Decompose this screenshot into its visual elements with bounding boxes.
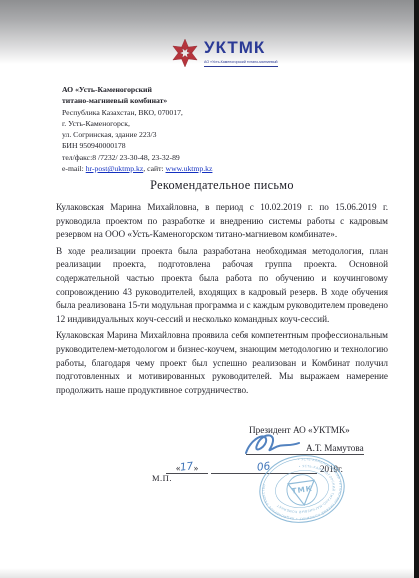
address-country: Республика Казахстан, ВКО, 070017, bbox=[62, 107, 212, 118]
scanned-letter-page: УКТМК АО «Усть-Каменогорский титано-магн… bbox=[0, 0, 419, 578]
address-contacts-line: e-mail: hr-post@uktmp.kz, сайт: www.uktm… bbox=[62, 163, 212, 174]
address-street: ул. Согринская, здание 223/3 bbox=[62, 129, 212, 140]
letter-body: Кулаковская Марина Михайловна, в период … bbox=[56, 201, 388, 400]
website-link: www.uktmp.kz bbox=[166, 164, 213, 173]
handwritten-day: 17 bbox=[180, 460, 195, 474]
logo-brand-text: УКТМК bbox=[204, 37, 278, 59]
address-phone: тел/факс:8 /7232/ 23-30-48, 23-32-89 bbox=[62, 152, 212, 163]
org-name-line1: АО «Усть-Каменогорский bbox=[62, 84, 212, 95]
paragraph-2: В ходе реализации проекта была разработа… bbox=[56, 245, 388, 327]
org-name-line2: титано-магниевый комбинат» bbox=[62, 95, 212, 106]
stamp-place-label: М.П. bbox=[152, 473, 172, 483]
company-logo: УКТМК АО «Усть-Каменогорский титано-магн… bbox=[170, 37, 278, 68]
stamp-center-text: ТМК bbox=[291, 484, 313, 496]
snowflake-logo-icon bbox=[170, 38, 200, 68]
paragraph-3: Кулаковская Марина Михайловна проявила с… bbox=[56, 329, 388, 397]
date-day-segment: «17» bbox=[166, 462, 208, 474]
email-label: e-mail: bbox=[62, 164, 84, 173]
paragraph-1: Кулаковская Марина Михайловна, в период … bbox=[56, 201, 388, 242]
address-city: г. Усть-Каменогорск, bbox=[62, 118, 212, 129]
scan-right-black-border bbox=[414, 0, 419, 578]
site-label: сайт: bbox=[147, 164, 164, 173]
email-link: hr-post@uktmp.kz bbox=[86, 164, 144, 173]
round-company-stamp: • УСТЬ-КАМЕНОГОРСКИЙ ТИТАНО-МАГНИЕВЫЙ КО… bbox=[256, 452, 348, 526]
signature-block: Президент АО «УКТМК» А.Т. Мамутова «17»0… bbox=[150, 424, 400, 574]
close-quote: » bbox=[194, 463, 199, 473]
sender-address-block: АО «Усть-Каменогорский титано-магниевый … bbox=[62, 84, 212, 174]
letter-title: Рекомендательное письмо bbox=[56, 178, 388, 193]
address-bin: БИН 950940000178 bbox=[62, 140, 212, 151]
logo-tagline: АО «Усть-Каменогорский титано-магниевый … bbox=[204, 60, 278, 67]
